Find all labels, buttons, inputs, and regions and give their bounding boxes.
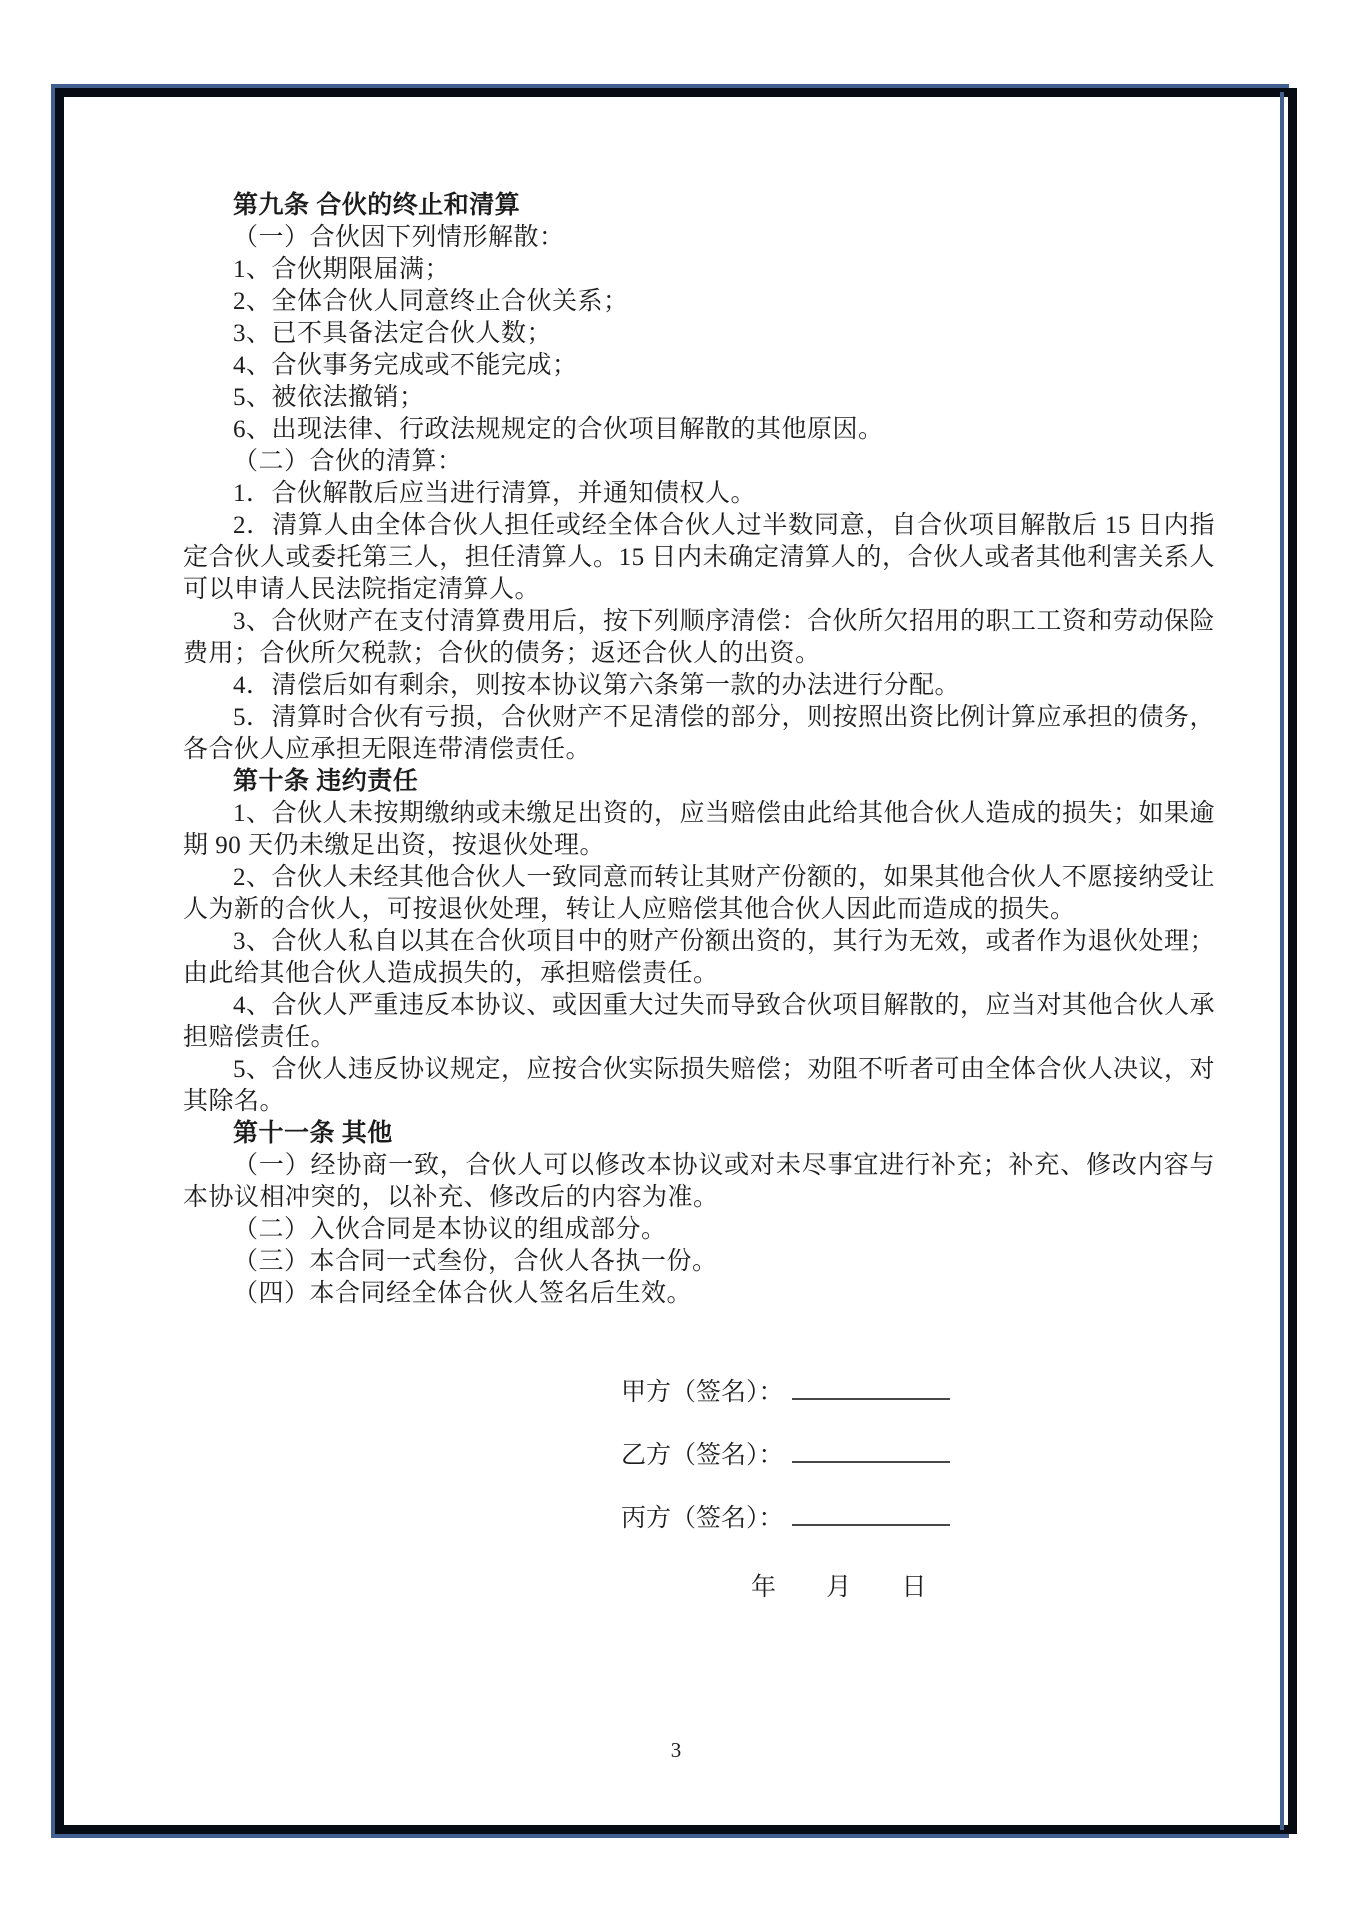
date-month-label: 月 bbox=[826, 1567, 851, 1603]
article-heading: 第九条 合伙的终止和清算 bbox=[183, 190, 1215, 222]
page-border-accent-right bbox=[1280, 92, 1284, 1830]
paragraph: 4．清偿后如有剩余，则按本协议第六条第一款的办法进行分配。 bbox=[183, 670, 1215, 702]
paragraph: 2、合伙人未经其他合伙人一致同意而转让其财产份额的，如果其他合伙人不愿接纳受让人… bbox=[183, 862, 1215, 926]
signature-line bbox=[792, 1436, 950, 1463]
paragraph: 3、合伙财产在支付清算费用后，按下列顺序清偿：合伙所欠招用的职工工资和劳动保险费… bbox=[183, 606, 1215, 670]
article-heading: 第十条 违约责任 bbox=[183, 766, 1215, 798]
signature-label: 丙方（签名）： bbox=[621, 1505, 784, 1532]
document-page: { "document": { "border": { "frame_color… bbox=[0, 0, 1358, 1920]
paragraph: （一）合伙因下列情形解散： bbox=[183, 222, 1215, 254]
paragraph: 1．合伙解散后应当进行清算，并通知债权人。 bbox=[183, 478, 1215, 510]
page-border-accent-bottom bbox=[51, 1834, 1289, 1838]
paragraph: 2、全体合伙人同意终止合伙关系； bbox=[183, 286, 1215, 318]
signature-row: 丙方（签名）： bbox=[621, 1498, 1215, 1531]
paragraph: 5、合伙人违反协议规定，应按合伙实际损失赔偿；劝阻不听者可由全体合伙人决议，对其… bbox=[183, 1054, 1215, 1118]
paragraph: 2．清算人由全体合伙人担任或经全体合伙人过半数同意，自合伙项目解散后 15 日内… bbox=[183, 510, 1215, 606]
signature-block: 甲方（签名）： 乙方（签名）： 丙方（签名）： 年 月 日 bbox=[621, 1372, 1215, 1603]
date-day-label: 日 bbox=[902, 1567, 927, 1603]
paragraph: 1、合伙期限届满； bbox=[183, 254, 1215, 286]
signature-row: 甲方（签名）： bbox=[621, 1372, 1215, 1405]
signature-label: 甲方（签名）： bbox=[621, 1379, 784, 1406]
signature-line bbox=[792, 1373, 950, 1400]
signature-label: 乙方（签名）： bbox=[621, 1442, 784, 1469]
paragraph: 4、合伙事务完成或不能完成； bbox=[183, 350, 1215, 382]
signature-row: 乙方（签名）： bbox=[621, 1435, 1215, 1468]
paragraph: 1、合伙人未按期缴纳或未缴足出资的，应当赔偿由此给其他合伙人造成的损失；如果逾期… bbox=[183, 798, 1215, 862]
signature-line bbox=[792, 1499, 950, 1526]
date-line: 年 月 日 bbox=[751, 1567, 1215, 1603]
paragraph: 4、合伙人严重违反本协议、或因重大过失而导致合伙项目解散的，应当对其他合伙人承担… bbox=[183, 990, 1215, 1054]
page-number: 3 bbox=[55, 1738, 1297, 1763]
paragraph: （四）本合同经全体合伙人签名后生效。 bbox=[183, 1278, 1215, 1310]
date-year-label: 年 bbox=[751, 1567, 776, 1603]
paragraph: 5、被依法撤销； bbox=[183, 382, 1215, 414]
paragraph: （一）经协商一致，合伙人可以修改本协议或对未尽事宜进行补充；补充、修改内容与本协… bbox=[183, 1150, 1215, 1214]
paragraph: 6、出现法律、行政法规规定的合伙项目解散的其他原因。 bbox=[183, 414, 1215, 446]
paragraph: （二）入伙合同是本协议的组成部分。 bbox=[183, 1214, 1215, 1246]
paragraph: （二）合伙的清算： bbox=[183, 446, 1215, 478]
paragraph: 5．清算时合伙有亏损，合伙财产不足清偿的部分，则按照出资比例计算应承担的债务，各… bbox=[183, 702, 1215, 766]
paragraph: 3、合伙人私自以其在合伙项目中的财产份额出资的，其行为无效，或者作为退伙处理；由… bbox=[183, 926, 1215, 990]
document-content: 第九条 合伙的终止和清算 （一）合伙因下列情形解散： 1、合伙期限届满； 2、全… bbox=[183, 190, 1215, 1603]
paragraph: （三）本合同一式叁份，合伙人各执一份。 bbox=[183, 1246, 1215, 1278]
paragraph: 3、已不具备法定合伙人数； bbox=[183, 318, 1215, 350]
article-heading: 第十一条 其他 bbox=[183, 1118, 1215, 1150]
